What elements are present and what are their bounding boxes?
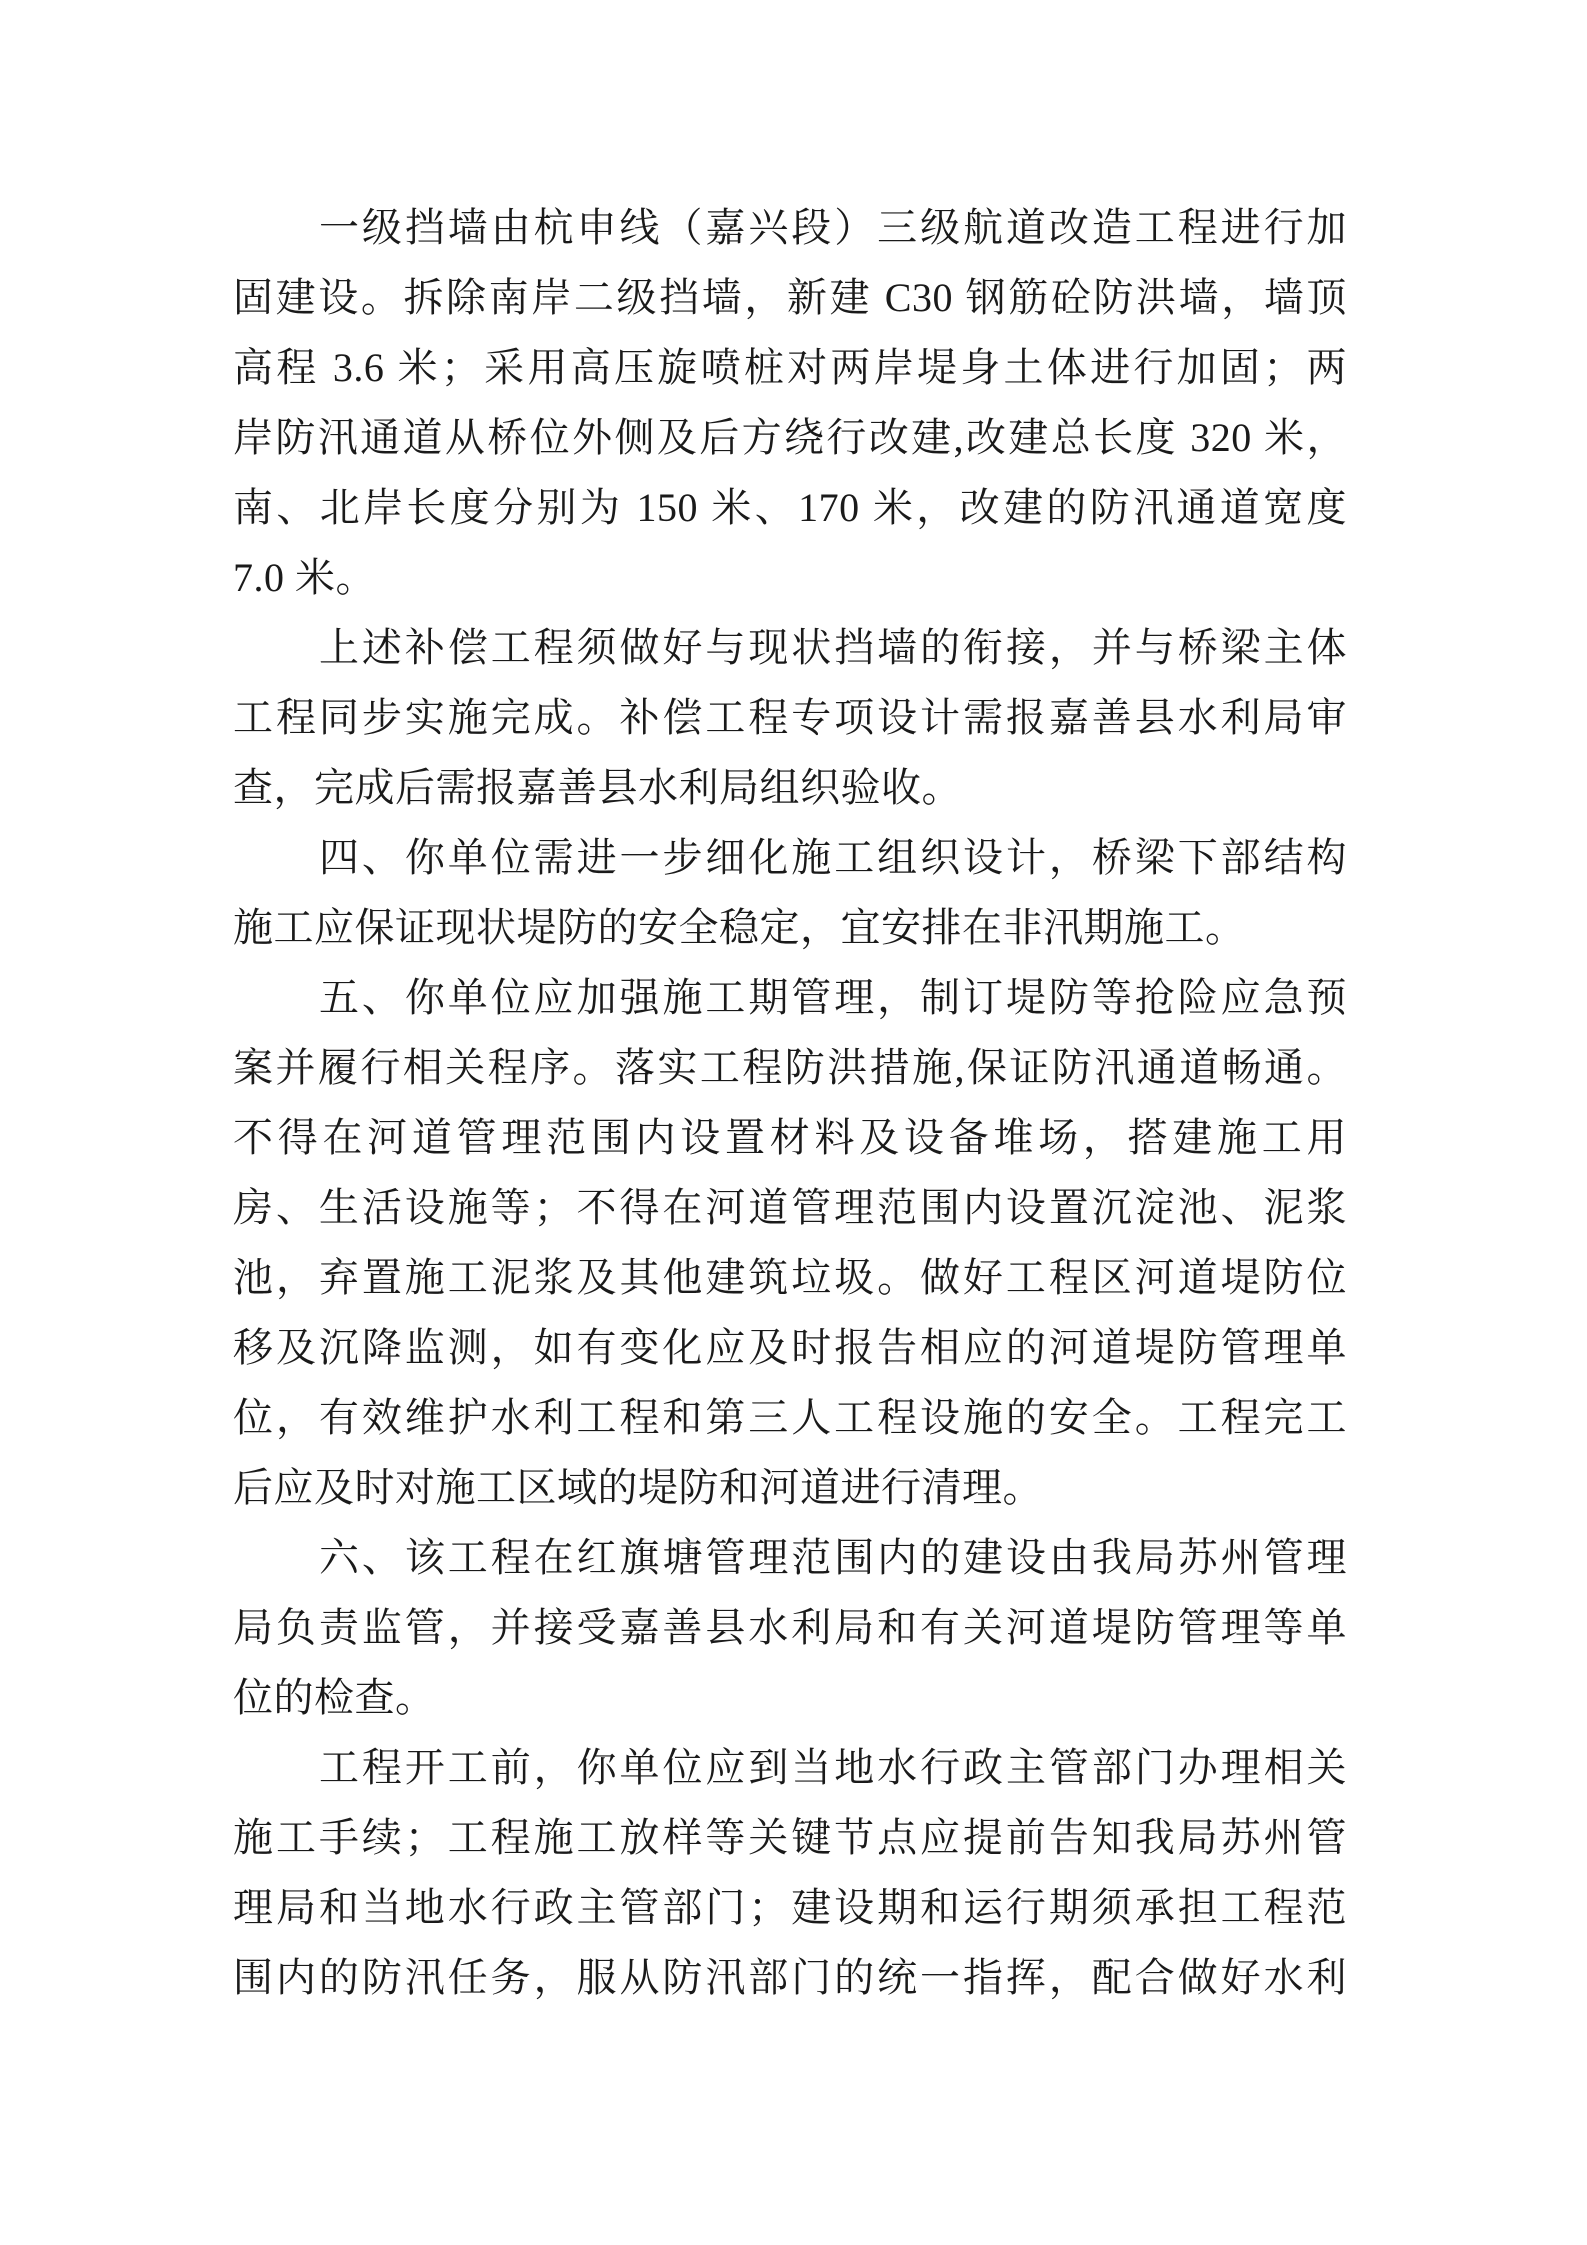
text-line: 理局和当地水行政主管部门；建设期和运行期须承担工程范 [233,1873,1347,1943]
text-line: 案并履行相关程序。落实工程防洪措施,保证防汛通道畅通。 [233,1033,1347,1103]
document-page: 一级挡墙由杭申线（嘉兴段）三级航道改造工程进行加固建设。拆除南岸二级挡墙，新建 … [0,0,1587,2245]
text-line: 围内的防汛任务，服从防汛部门的统一指挥，配合做好水利 [233,1943,1347,2013]
text-line: 不得在河道管理范围内设置材料及设备堆场，搭建施工用 [233,1103,1347,1173]
text-line: 四、你单位需进一步细化施工组织设计，桥梁下部结构 [233,823,1347,893]
text-line: 移及沉降监测，如有变化应及时报告相应的河道堤防管理单 [233,1313,1347,1383]
text-line: 工程开工前，你单位应到当地水行政主管部门办理相关 [233,1733,1347,1803]
text-line: 局负责监管，并接受嘉善县水利局和有关河道堤防管理等单 [233,1593,1347,1663]
text-line: 池，弃置施工泥浆及其他建筑垃圾。做好工程区河道堤防位 [233,1243,1347,1313]
text-line: 五、你单位应加强施工期管理，制订堤防等抢险应急预 [233,963,1347,1033]
text-line: 岸防汛通道从桥位外侧及后方绕行改建,改建总长度 320 米， [233,403,1347,473]
text-line: 施工手续；工程施工放样等关键节点应提前告知我局苏州管 [233,1803,1347,1873]
text-line: 高程 3.6 米；采用高压旋喷桩对两岸堤身土体进行加固；两 [233,333,1347,403]
text-line: 施工应保证现状堤防的安全稳定，宜安排在非汛期施工。 [233,893,1347,963]
text-line: 工程同步实施完成。补偿工程专项设计需报嘉善县水利局审 [233,683,1347,753]
text-line: 南、北岸长度分别为 150 米、170 米，改建的防汛通道宽度 [233,473,1347,543]
document-body: 一级挡墙由杭申线（嘉兴段）三级航道改造工程进行加固建设。拆除南岸二级挡墙，新建 … [233,193,1347,2013]
text-line: 7.0 米。 [233,543,1347,613]
text-line: 固建设。拆除南岸二级挡墙，新建 C30 钢筋砼防洪墙，墙顶 [233,263,1347,333]
text-line: 上述补偿工程须做好与现状挡墙的衔接，并与桥梁主体 [233,613,1347,683]
text-line: 六、该工程在红旗塘管理范围内的建设由我局苏州管理 [233,1523,1347,1593]
text-line: 后应及时对施工区域的堤防和河道进行清理。 [233,1453,1347,1523]
text-line: 一级挡墙由杭申线（嘉兴段）三级航道改造工程进行加 [233,193,1347,263]
text-line: 查，完成后需报嘉善县水利局组织验收。 [233,753,1347,823]
text-line: 位的检查。 [233,1663,1347,1733]
text-line: 位，有效维护水利工程和第三人工程设施的安全。工程完工 [233,1383,1347,1453]
text-line: 房、生活设施等；不得在河道管理范围内设置沉淀池、泥浆 [233,1173,1347,1243]
